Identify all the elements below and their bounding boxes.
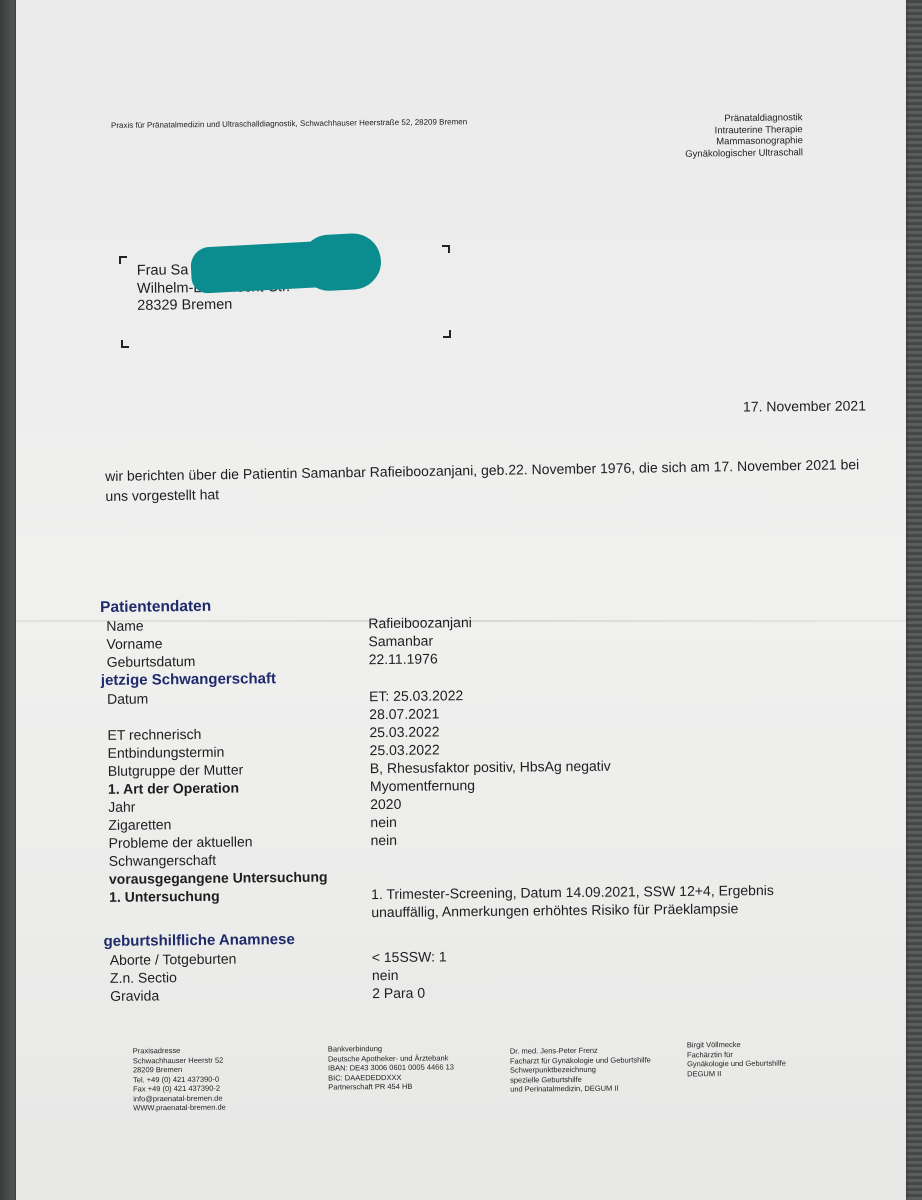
row-label: Geburtsdatum (101, 650, 369, 671)
footer-doctor-frenz: Dr. med. Jens-Peter Frenz Facharzt für G… (510, 1045, 651, 1094)
footer-doctor-voellmecke: Birgit Völlmecke Fachärztin für Gynäkolo… (687, 1040, 786, 1079)
address-window-corner-mark (443, 330, 451, 338)
row-label: 1. Untersuchung (103, 885, 371, 924)
service-item: Pränataldiagnostik (685, 112, 803, 125)
table-row: Probleme der aktuellen Schwangerschaftne… (102, 826, 822, 870)
footer-line: DEGUM II (687, 1068, 786, 1078)
redaction-mark (190, 238, 382, 294)
footer-line: Schwachhauser Heerstr 52 (133, 1055, 226, 1065)
recipient-city: 28329 Bremen (137, 296, 290, 315)
footer-line: Gynäkologie und Geburtshilfe (687, 1059, 786, 1069)
letter-page: Praxis für Pränatalmedizin und Ultrascha… (16, 0, 906, 1200)
row-value: nein (370, 826, 822, 867)
sender-return-line: Praxis für Pränatalmedizin und Ultrascha… (111, 117, 467, 130)
table-row: 1. Untersuchung1. Trimester-Screening, D… (103, 880, 823, 924)
footer-line: und Perinatalmedizin, DEGUM II (510, 1083, 651, 1094)
practice-services: Pränataldiagnostik Intrauterine Therapie… (685, 112, 803, 160)
row-label: Probleme der aktuellen Schwangerschaft (102, 831, 370, 870)
footer-practice-address: Praxisadresse Schwachhauser Heerstr 52 2… (133, 1046, 226, 1113)
service-item: Gynäkologischer Ultraschall (685, 147, 803, 160)
footer-bank-details: Bankverbindung Deutsche Apotheker- und Ä… (328, 1043, 454, 1092)
row-value: 2 Para 0 (372, 979, 824, 1002)
address-window-corner-mark (119, 256, 127, 264)
row-label: Gravida (104, 984, 372, 1005)
row-value: 1. Trimester-Screening, Datum 14.09.2021… (371, 880, 823, 921)
row-value: ET: 25.03.2022 28.07.2021 (369, 682, 821, 723)
address-window-corner-mark (442, 245, 450, 253)
footer-website: WWW.praenatal-bremen.de (133, 1103, 226, 1113)
address-window-corner-mark (121, 340, 129, 348)
row-label: Datum (101, 687, 369, 726)
letter-date: 17. November 2021 (743, 397, 866, 414)
footer-fax: Fax +49 (0) 421 437390-2 (133, 1084, 226, 1094)
service-item: Mammasonographie (685, 135, 803, 148)
table-surface-edge (906, 0, 922, 1200)
intro-paragraph: wir berichten über die Patientin Samanba… (105, 454, 876, 506)
patient-report-table: Patientendaten NameRafieiboozanjani Vorn… (100, 590, 824, 1005)
footer-iban: IBAN: DE43 3006 0601 0005 4466 13 (328, 1062, 454, 1073)
footer-line: Partnerschaft PR 454 HB (328, 1081, 454, 1092)
